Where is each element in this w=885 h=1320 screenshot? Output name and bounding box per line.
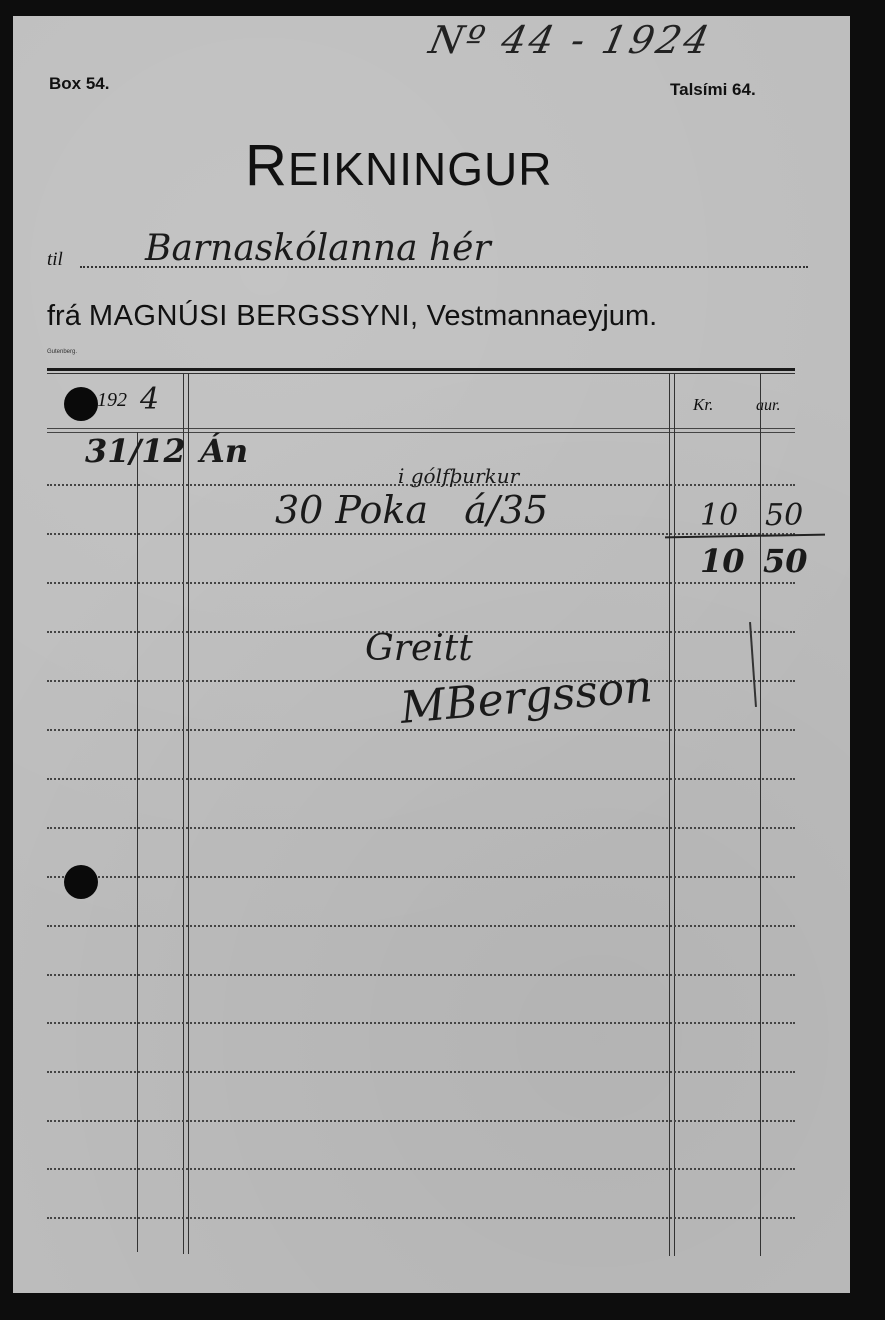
recipient-handwritten: Barnaskólanna hér bbox=[145, 228, 491, 269]
year-printed: 192 bbox=[97, 389, 127, 412]
ruling-line bbox=[47, 533, 795, 535]
ruling-line bbox=[47, 1120, 795, 1122]
merchant-place: Vestmannaeyjum. bbox=[427, 300, 658, 332]
title-first-letter: R bbox=[245, 133, 288, 198]
header-rule-thin bbox=[47, 373, 795, 374]
column-divider-aur bbox=[760, 374, 761, 1256]
title-rest: EIKNINGUR bbox=[288, 143, 553, 195]
row-quantity-item: 30 Poka bbox=[275, 488, 428, 532]
invoice-title: REIKNINGUR bbox=[245, 132, 552, 199]
column-divider-description bbox=[183, 374, 189, 1254]
ruling-line bbox=[47, 925, 795, 927]
to-label: til bbox=[47, 249, 63, 271]
row-description-note: i gólfþurkur bbox=[398, 464, 519, 488]
punch-hole-bottom bbox=[64, 865, 98, 899]
ruling-line bbox=[47, 1022, 795, 1024]
ruling-line bbox=[47, 1168, 795, 1170]
ruling-line bbox=[47, 974, 795, 976]
row-description-line1: Án bbox=[200, 432, 248, 470]
row-date: 31/12 bbox=[85, 432, 186, 470]
total-aur: 50 bbox=[763, 542, 808, 580]
ruling-line bbox=[47, 827, 795, 829]
column-divider-date bbox=[137, 432, 138, 1252]
paid-note: Greitt bbox=[365, 628, 473, 669]
from-line: frá MAGNÚSI BERGSSYNI, Vestmannaeyjum. bbox=[47, 300, 657, 333]
year-handwritten: 4 bbox=[140, 382, 159, 417]
ruling-line bbox=[47, 1217, 795, 1219]
total-kr: 10 bbox=[700, 542, 745, 580]
printer-mark: Gutenberg. bbox=[47, 349, 77, 355]
from-prefix: frá bbox=[47, 300, 81, 332]
table-header-rule bbox=[47, 428, 795, 429]
ruling-line bbox=[47, 582, 795, 584]
box-number: Box 54. bbox=[49, 74, 109, 94]
phone-number: Talsími 64. bbox=[670, 80, 756, 100]
merchant-name: MAGNÚSI BERGSSYNI, bbox=[89, 300, 419, 332]
invoice-number: Nº 44 - 1924 bbox=[425, 18, 716, 62]
row-unit-price: á/35 bbox=[464, 488, 548, 532]
ruling-line bbox=[47, 778, 795, 780]
column-divider-kr bbox=[669, 374, 675, 1256]
row-amount-aur: 50 bbox=[765, 498, 803, 533]
ruling-line bbox=[47, 876, 795, 878]
row-description-line2: 30 Poka á/35 bbox=[275, 488, 548, 532]
punch-hole-top bbox=[64, 387, 98, 421]
row-amount-kr: 10 bbox=[700, 498, 738, 533]
ruling-line bbox=[47, 1071, 795, 1073]
column-kr-header: Kr. bbox=[693, 395, 713, 415]
header-rule bbox=[47, 368, 795, 371]
